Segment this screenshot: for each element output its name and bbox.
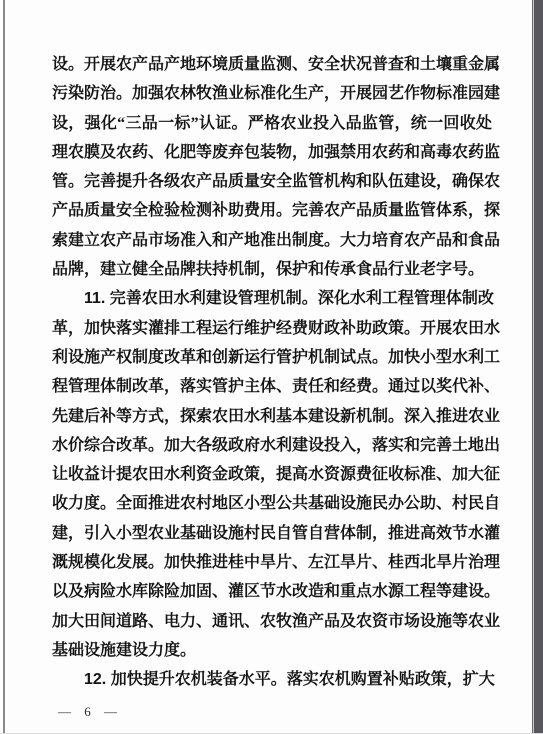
text-line: 11. 完善农田水利建设管理机制。深化水利工程管理体制改 xyxy=(52,284,492,313)
document-body: 设。开展农产品产地环境质量监测、安全状况普查和土壤重金属污染防治。加强农林牧渔业… xyxy=(52,50,492,695)
text-line: 建，引入小型农业基础设施村民自管自营体制，推进高效节水灌 xyxy=(52,519,492,548)
text-run: 产品质量安全检验检测补助费用。完善农产品质量监管体系，探 xyxy=(52,202,500,219)
text-line: 溉规模化发展。加快推进桂中旱片、左江旱片、桂西北旱片治理 xyxy=(52,548,492,577)
text-run: 建，引入小型农业基础设施村民自管自营体制，推进高效节水灌 xyxy=(52,525,500,542)
text-run: 革，加快落实灌排工程运行维护经费财政补助政策。开展农田水 xyxy=(52,320,500,337)
text-run: 品牌，建立健全品牌扶持机制，保护和传承食品行业老字号。 xyxy=(52,261,484,278)
text-line: 设，强化“三品一标”认证。严格农业投入品监管，统一回收处 xyxy=(52,109,492,138)
text-line: 先建后补等方式，探索农田水利基本建设新机制。深入推进农业 xyxy=(52,402,492,431)
text-run: 深化水利工程管理体制改 xyxy=(318,290,494,307)
text-line: 收力度。全面推进农村地区小型公共基础设施民办公助、村民自 xyxy=(52,489,492,518)
text-line: 让收益计提农田水利资金政策，提高水资源费征收标准、加大征 xyxy=(52,460,492,489)
text-run: 收力度。全面推进农村地区小型公共基础设施民办公助、村民自 xyxy=(52,495,500,512)
text-run: 设。开展农产品产地环境质量监测、安全状况普查和土壤重金属 xyxy=(52,56,500,73)
page-number: — 6 — xyxy=(58,704,122,719)
text-line: 革，加快落实灌排工程运行维护经费财政补助政策。开展农田水 xyxy=(52,314,492,343)
text-run: 以及病险水库除险加固、灌区节水改造和重点水源工程等建设。 xyxy=(52,583,500,600)
text-run: 索建立农产品市场准入和产地准出制度。大力培育农产品和食品 xyxy=(52,232,500,249)
text-line: 产品质量安全检验检测补助费用。完善农产品质量监管体系，探 xyxy=(52,196,492,225)
text-line: 索建立农产品市场准入和产地准出制度。大力培育农产品和食品 xyxy=(52,226,492,255)
text-run: 利设施产权制度改革和创新运行管护机制试点。加快小型水利工 xyxy=(52,349,500,366)
text-line: 管。完善提升各级农产品质量安全监管机构和队伍建设，确保农 xyxy=(52,167,492,196)
text-run: 基础设施建设力度。 xyxy=(52,642,196,659)
text-line: 设。开展农产品产地环境质量监测、安全状况普查和土壤重金属 xyxy=(52,50,492,79)
text-line: 利设施产权制度改革和创新运行管护机制试点。加快小型水利工 xyxy=(52,343,492,372)
text-line: 程管理体制改革，落实管护主体、责任和经费。通过以奖代补、 xyxy=(52,372,492,401)
text-line: 品牌，建立健全品牌扶持机制，保护和传承食品行业老字号。 xyxy=(52,255,492,284)
heading-run: 12. 加快提升农机装备水平。 xyxy=(84,671,287,688)
scanned-document-page: 设。开展农产品产地环境质量监测、安全状况普查和土壤重金属污染防治。加强农林牧渔业… xyxy=(0,0,543,734)
text-run: 加大田间道路、电力、通讯、农牧渔产品及农资市场设施等农业 xyxy=(52,613,500,630)
page-footer: — 6 — xyxy=(58,704,122,720)
text-line: 12. 加快提升农机装备水平。落实农机购置补贴政策，扩大 xyxy=(52,665,492,694)
text-run: 先建后补等方式，探索农田水利基本建设新机制。深入推进农业 xyxy=(52,408,500,425)
text-line: 理农膜及农药、化肥等废弃包装物，加强禁用农药和高毒农药监 xyxy=(52,138,492,167)
text-run: 程管理体制改革，落实管护主体、责任和经费。通过以奖代补、 xyxy=(52,378,500,395)
text-line: 加大田间道路、电力、通讯、农牧渔产品及农资市场设施等农业 xyxy=(52,607,492,636)
text-run: 理农膜及农药、化肥等废弃包装物，加强禁用农药和高毒农药监 xyxy=(52,144,500,161)
text-run: 污染防治。加强农林牧渔业标准化生产，开展园艺作物标准园建 xyxy=(52,85,500,102)
heading-run: 11. 完善农田水利建设管理机制。 xyxy=(84,290,318,307)
scan-edge-right-band xyxy=(534,0,543,734)
text-line: 基础设施建设力度。 xyxy=(52,636,492,665)
text-run: 设，强化“三品一标”认证。严格农业投入品监管，统一回收处 xyxy=(52,115,492,132)
text-line: 污染防治。加强农林牧渔业标准化生产，开展园艺作物标准园建 xyxy=(52,79,492,108)
text-run: 水价综合改革。加大各级政府水利建设投入，落实和完善土地出 xyxy=(52,437,500,454)
text-run: 管。完善提升各级农产品质量安全监管机构和队伍建设，确保农 xyxy=(52,173,500,190)
text-run: 溉规模化发展。加快推进桂中旱片、左江旱片、桂西北旱片治理 xyxy=(52,554,500,571)
text-line: 以及病险水库除险加固、灌区节水改造和重点水源工程等建设。 xyxy=(52,577,492,606)
scan-edge-left xyxy=(3,0,5,734)
text-run: 让收益计提农田水利资金政策，提高水资源费征收标准、加大征 xyxy=(52,466,500,483)
text-run: 落实农机购置补贴政策，扩大 xyxy=(287,671,495,688)
text-line: 水价综合改革。加大各级政府水利建设投入，落实和完善土地出 xyxy=(52,431,492,460)
